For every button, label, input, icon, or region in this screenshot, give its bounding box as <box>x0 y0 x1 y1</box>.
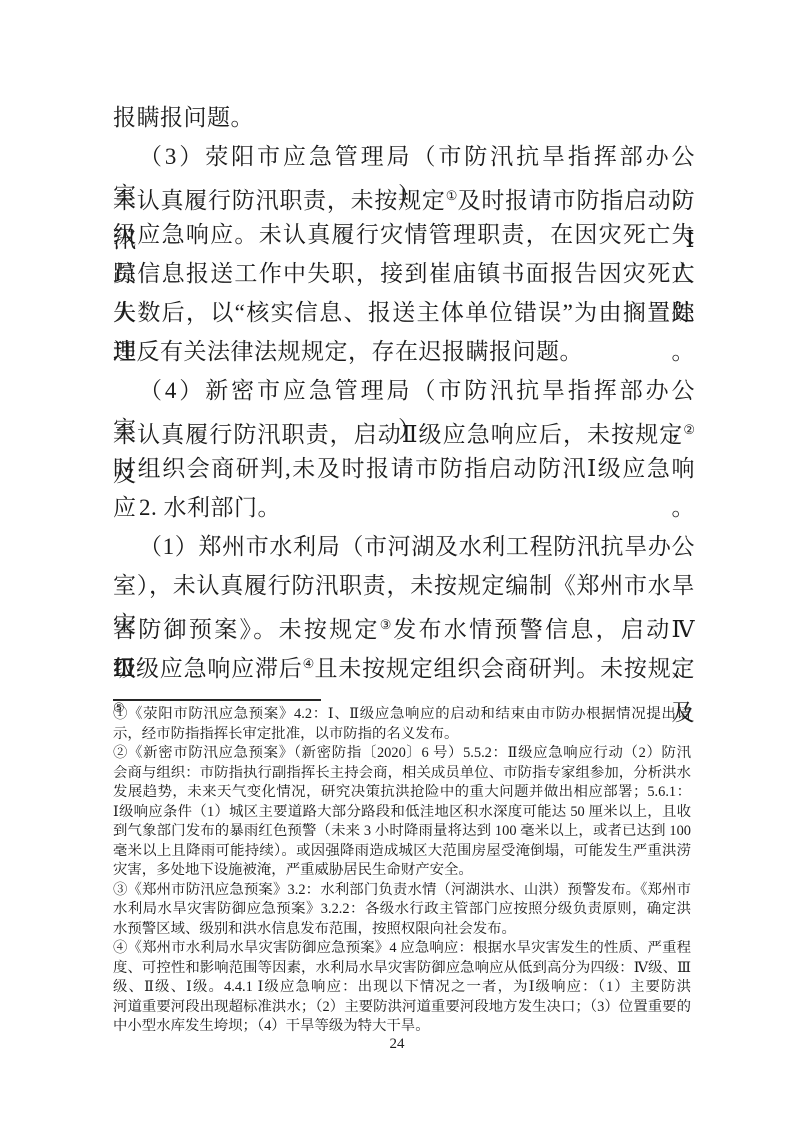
body-line: 时组织会商研判,未及时报请市防指启动防汛Ⅰ级应急响应。 <box>113 449 695 488</box>
body-line: 害防御预案》。未按规定③发布水情预警信息，启动Ⅳ级、 <box>113 605 695 644</box>
footnote-ref: ② <box>683 422 695 437</box>
footnote-line: 到气象部门发布的暴雨红色预警（未来 3 小时降雨量将达到 100 毫米以上，或者… <box>113 822 691 842</box>
body-line: 级应急响应。未认真履行灾情管理职责，在因灾死亡失踪人 <box>113 215 695 254</box>
footnote-line: 中小型水库发生垮坝；（4）干旱等级为特大干旱。 <box>113 1017 691 1037</box>
footnotes: ①《荥阳市防汛应急预案》4.2：Ⅰ、Ⅱ级应急响应的启动和结束由市防办根据情况提出… <box>113 705 691 1037</box>
body-line: 员信息报送工作中失职，接到崔庙镇书面报告因灾死亡失踪 <box>113 254 695 293</box>
footnote-line: ④《郑州市水利局水旱灾害防御应急预案》4 应急响应：根据水旱灾害发生的性质、严重… <box>113 939 691 959</box>
footnote-line: 河道重要河段出现超标准洪水；（2）主要防洪河道重要河段地方发生决口；（3）位置重… <box>113 998 691 1018</box>
body-line: 未认真履行防汛职责，未按规定①及时报请市防指启动防汛Ⅰ <box>113 176 695 215</box>
footnote-line: 水预警区域、级别和洪水信息发布范围，按照权限向社会发布。 <box>113 920 691 940</box>
footnote-line: ①《荥阳市防汛应急预案》4.2：Ⅰ、Ⅱ级应急响应的启动和结束由市防办根据情况提出… <box>113 705 691 725</box>
footnote-line: ②《新密市防汛应急预案》（新密防指〔2020〕6 号）5.5.2：Ⅱ级应急响应行… <box>113 744 691 764</box>
footnote-ref: ④ <box>303 656 315 671</box>
footnote-line: 度、可控性和影响范围等因素，水利局水旱灾害防御应急响应从低到高分为四级：Ⅳ级、Ⅲ <box>113 959 691 979</box>
footnote-line: 灾害，多处地下设施被淹，严重威胁居民生命财产安全。 <box>113 861 691 881</box>
body-line: Ⅲ级应急响应滞后④且未按规定组织会商研判。未按规定⑤及 <box>113 644 695 683</box>
footnote-line: 发展趋势，未来天气变化情况，研究决策抗洪抢险中的重大问题并做出相应部署；5.6.… <box>113 783 691 803</box>
footnote-line: 水利局水旱灾害防御应急预案》3.2.2：各级水行政主管部门应按照分级负责原则，确… <box>113 900 691 920</box>
footnote-line: 级、Ⅱ级、Ⅰ级。4.4.1 Ⅰ级应急响应：出现以下情况之一者，为Ⅰ级响应：（1）… <box>113 978 691 998</box>
body-line: 报瞒报问题。 <box>113 98 695 137</box>
body-line: （4）新密市应急管理局（市防汛抗旱指挥部办公室）， <box>113 371 695 410</box>
footnote-line: 毫米以上且降雨可能持续）。或因强降雨造成城区大范围房屋受淹倒塌，可能发生严重洪涝 <box>113 842 691 862</box>
footnote-separator <box>113 699 321 701</box>
footnote-line: ③《郑州市防汛应急预案》3.2：水利部门负责水情（河湖洪水、山洪）预警发布。《郑… <box>113 881 691 901</box>
footnote-ref: ① <box>446 188 458 203</box>
document-page: 报瞒报问题。 （3）荥阳市应急管理局（市防汛抗旱指挥部办公室）， 未认真履行防汛… <box>0 0 794 1123</box>
footnote-line: 会商与组织：市防指执行副指挥长主持会商，相关成员单位、市防指专家组参加，分析洪水 <box>113 764 691 784</box>
body-line: 室），未认真履行防汛职责，未按规定编制《郑州市水旱灾 <box>113 566 695 605</box>
body-text: 报瞒报问题。 （3）荥阳市应急管理局（市防汛抗旱指挥部办公室）， 未认真履行防汛… <box>113 98 695 683</box>
body-line: 人数后，以“核实信息、报送主体单位错误”为由搁置处理。 <box>113 293 695 332</box>
body-line: （1）郑州市水利局（市河湖及水利工程防汛抗旱办公 <box>113 527 695 566</box>
footnote-ref: ③ <box>380 617 393 632</box>
body-line: （3）荥阳市应急管理局（市防汛抗旱指挥部办公室）， <box>113 137 695 176</box>
footnote-line: Ⅰ级响应条件（1）城区主要道路大部分路段和低洼地区积水深度可能达 50 厘米以上… <box>113 803 691 823</box>
body-line: 未认真履行防汛职责，启动Ⅱ级应急响应后，未按规定②及 <box>113 410 695 449</box>
footnote-line: 示，经市防指指挥长审定批准，以市防指的名义发布。 <box>113 725 691 745</box>
page-number: 24 <box>0 1036 794 1053</box>
